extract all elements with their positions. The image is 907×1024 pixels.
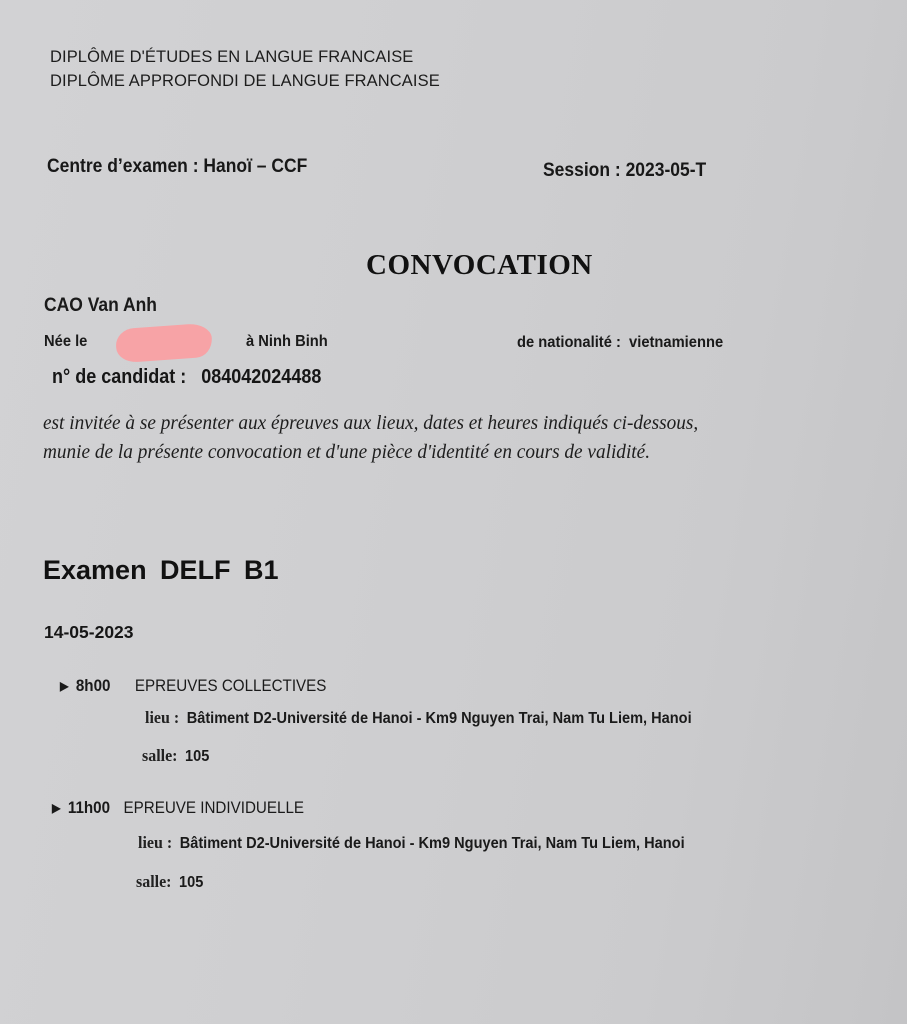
session-2-header: ▶11h00 EPREUVE INDIVIDUELLE xyxy=(52,799,304,818)
nationality-value: vietnamienne xyxy=(629,334,723,351)
intro-line-2: munie de la présente convocation et d'un… xyxy=(43,441,650,464)
session-1-header: ▶8h00 EPREUVES COLLECTIVES xyxy=(60,677,326,696)
nationality: de nationalité : vietnamienne xyxy=(517,334,723,352)
lieu-label: lieu : xyxy=(138,833,172,852)
candidate-name: CAO Van Anh xyxy=(44,295,157,317)
birthplace: à Ninh Binh xyxy=(246,333,328,351)
session: Session : 2023-05-T xyxy=(543,160,706,182)
session-1-time: 8h00 xyxy=(76,677,111,695)
salle-label: salle: xyxy=(136,872,172,891)
diploma-line-dalf: DIPLÔME APPROFONDI DE LANGUE FRANCAISE xyxy=(50,72,440,91)
lieu-label: lieu : xyxy=(145,708,179,727)
session-1-lieu-value: Bâtiment D2-Université de Hanoi - Km9 Ng… xyxy=(187,710,692,727)
triangle-bullet-icon: ▶ xyxy=(60,679,68,693)
session-1-lieu: lieu :Bâtiment D2-Université de Hanoi - … xyxy=(145,708,692,728)
nationality-label: de nationalité : xyxy=(517,334,621,351)
session-1-salle: salle:105 xyxy=(142,746,209,766)
session-1-salle-value: 105 xyxy=(185,748,209,765)
candidate-number-row: n° de candidat : 084042024488 xyxy=(52,366,321,389)
intro-line-1: est invitée à se présenter aux épreuves … xyxy=(43,412,698,435)
session-1-name: EPREUVES COLLECTIVES xyxy=(135,677,327,695)
exam-center: Centre d’examen : Hanoï – CCF xyxy=(47,156,307,178)
convocation-document: DIPLÔME D'ÉTUDES EN LANGUE FRANCAISE DIP… xyxy=(0,0,907,1024)
document-title: CONVOCATION xyxy=(366,249,593,282)
diploma-line-delf: DIPLÔME D'ÉTUDES EN LANGUE FRANCAISE xyxy=(50,48,413,67)
candidate-number: 084042024488 xyxy=(201,366,321,388)
session-2-lieu-value: Bâtiment D2-Université de Hanoi - Km9 Ng… xyxy=(180,835,685,852)
redacted-birth-date xyxy=(115,323,213,364)
exam-date: 14-05-2023 xyxy=(44,622,134,643)
triangle-bullet-icon: ▶ xyxy=(52,801,60,815)
session-2-salle-value: 105 xyxy=(179,874,203,891)
session-2-lieu: lieu :Bâtiment D2-Université de Hanoi - … xyxy=(138,833,685,853)
session-2-time: 11h00 xyxy=(68,799,110,817)
salle-label: salle: xyxy=(142,746,178,765)
candidate-number-label: n° de candidat : xyxy=(52,366,186,388)
session-2-name: EPREUVE INDIVIDUELLE xyxy=(123,799,304,817)
exam-title: Examen DELF B1 xyxy=(43,555,279,586)
session-2-salle: salle:105 xyxy=(136,872,203,892)
born-label: Née le xyxy=(44,333,87,351)
